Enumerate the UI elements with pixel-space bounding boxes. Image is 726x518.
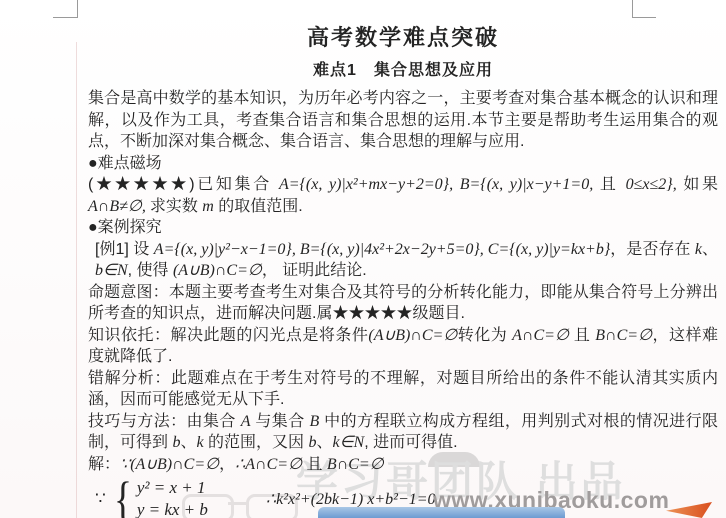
intro-paragraph: 集合是高中数学的基本知识，为历年必考内容之一，主要考查对集合基本概念的认识和理解… xyxy=(88,88,718,153)
solution-line: 解：∵(A∪B)∩C=∅，∴A∩C=∅ 且 B∩C=∅ xyxy=(88,454,718,476)
scanned-document-page: { "doc": { "title": "高考数学难点突破", "subtitl… xyxy=(0,0,726,518)
equation-top: y² = x + 1 xyxy=(137,477,208,499)
section-subtitle: 难点1 集合思想及应用 xyxy=(88,61,718,81)
bullet-difficulty-field: ●难点磁场 xyxy=(88,153,718,175)
example-1-statement: [例1] 设 A={(x, y)|y²−x−1=0}, B={(x, y)|4x… xyxy=(88,239,718,282)
because-symbol: ∵ xyxy=(95,489,106,509)
document-content: 高考数学难点突破 难点1 集合思想及应用 集合是高中数学的基本知识，为历年必考内… xyxy=(88,24,718,518)
intent-paragraph: 命题意图：本题主要考查考生对集合及其符号的分析转化能力，即能从集合符号上分辨出所… xyxy=(88,282,718,325)
error-analysis-paragraph: 错解分析：此题难点在于考生对符号的不理解，对题目所给出的条件不能认清其实质内涵，… xyxy=(88,368,718,411)
problem-statement: (★★★★★)已知集合 A={(x, y)|x²+mx−y+2=0}, B={(… xyxy=(88,174,718,217)
bullet-case-study: ●案例探究 xyxy=(88,217,718,239)
knowledge-basis-paragraph: 知识依托：解决此题的闪光点是将条件(A∪B)∩C=∅转化为 A∩C=∅ 且 B∩… xyxy=(88,325,718,368)
equation-result: ∴k²x²+(2bk−1) x+b²−1=0 xyxy=(266,489,436,509)
system-brace: { xyxy=(114,474,132,518)
equation-system: y² = x + 1 y = kx + b xyxy=(137,477,208,518)
crop-mark-top-right-icon xyxy=(632,0,656,18)
blue-banner-edge xyxy=(318,507,565,518)
crop-mark-top-left-icon xyxy=(53,0,78,18)
technique-paragraph: 技巧与方法：由集合 A 与集合 B 中的方程联立构成方程组，用判别式对根的情况进… xyxy=(88,411,718,454)
equation-bottom: y = kx + b xyxy=(137,499,208,518)
left-margin-rule xyxy=(76,42,77,518)
page-title: 高考数学难点突破 xyxy=(88,24,718,52)
